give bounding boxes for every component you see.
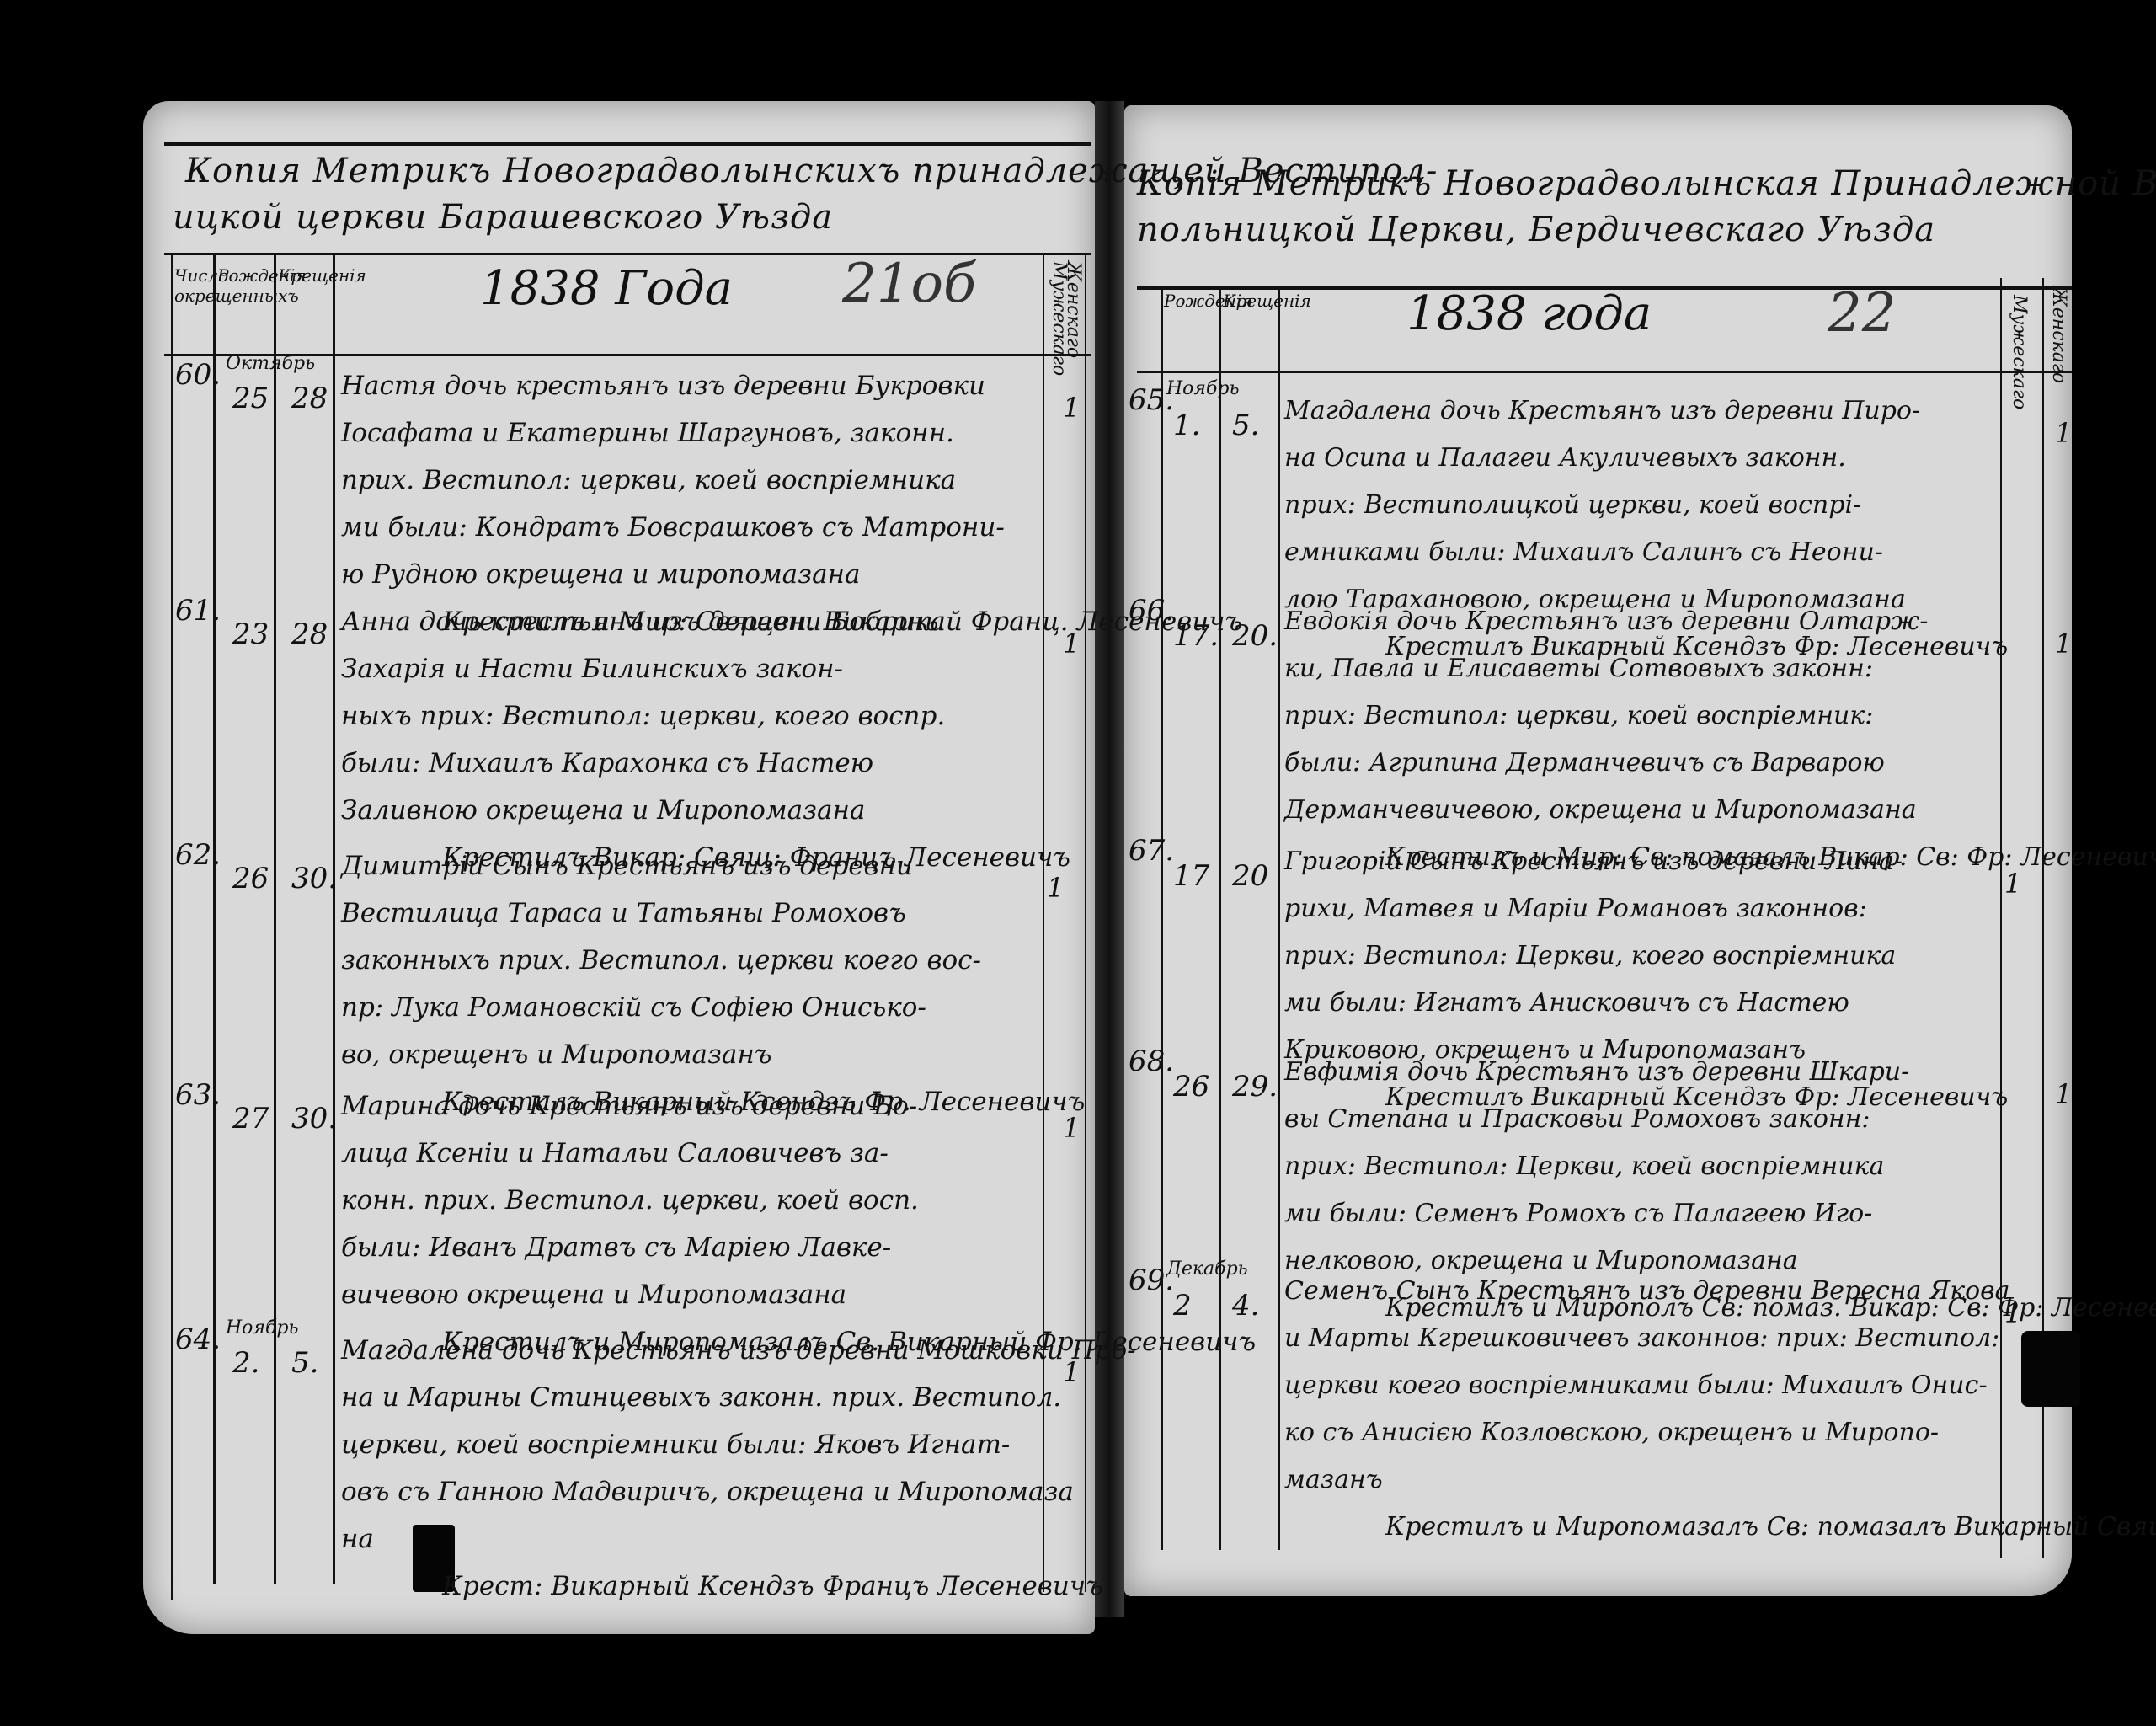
col-header-female: Женскаго [2048,286,2069,383]
birth-day: 23 [232,617,269,651]
col-header-born: Рожденія [217,265,273,286]
entry-line: Дерманчевичевою, окрещена и Миропомазана [1284,787,2000,834]
entry-number: 60. [175,358,221,392]
entry-month: Ноябрь [1166,378,1240,399]
baptism-day: 5. [1232,409,1259,442]
birth-day: 17 [1173,859,1209,893]
female-count: 1 [2055,1078,2072,1110]
entry-line: Марина дочь Крестьянъ изъ деревни Бо- [341,1082,1040,1130]
right-col-rule [1278,286,1280,1550]
left-folio-number: 21об [842,253,976,315]
baptism-day: 4. [1232,1289,1259,1323]
left-col-rule [333,253,335,1584]
entry-line: на [341,1515,1040,1563]
baptism-day: 29. [1232,1070,1278,1103]
entry-month: Декабрь [1166,1258,1248,1280]
entry-line: овъ съ Ганною Мадвиричъ, окрещена и Миро… [341,1468,1040,1515]
entry-line: были: Агрипина Дерманчевичъ съ Варварою [1284,740,2000,787]
entry-number: 62. [175,838,221,872]
entry-month: Ноябрь [226,1317,299,1339]
female-count: 1 [1063,1112,1080,1144]
entry-number: 66. [1129,594,1174,628]
right-header-line-2: польницкой Церкви, Бердичевскаго Уѣзда [1137,211,1935,249]
entry-line: ныхъ прих: Вестипол: церкви, коего воспр… [341,692,1040,740]
entry-line: ми были: Кондратъ Бовсрашковъ съ Матрони… [341,504,1040,551]
entry-line: прих: Вестипол: церкви, коей воспріемник… [1284,692,2000,740]
entry-line: Евфимія дочь Крестьянъ изъ деревни Шкари… [1284,1049,2000,1096]
entry-line: Семенъ Сынъ Крестьянъ изъ деревни Вересн… [1284,1268,2000,1315]
right-col-rule [1219,286,1221,1550]
birth-day: 26 [232,862,269,895]
entry-line: на и Марины Стинцевыхъ законн. прих. Вес… [341,1374,1040,1421]
entry-line: ко съ Анисією Козловскою, окрещенъ и Мир… [1284,1409,2000,1456]
entry-text: Анна дочь крестьянъ изъ деревни БобрикаЗ… [341,598,1040,881]
right-folio-number: 22 [1828,282,1896,345]
entry-line: законныхъ прих. Вестипол. церкви коего в… [341,937,1040,984]
entry-number: 64. [175,1323,221,1356]
baptism-day: 5. [291,1346,318,1380]
left-year-heading: 1838 Года [480,261,733,316]
birth-day: 2 [1173,1289,1192,1323]
entry-line: Анна дочь крестьянъ изъ деревни Бобрика [341,598,1040,645]
entry-line: рихи, Матвея и Маріи Романовъ законнов: [1284,885,2000,932]
entry-month: Октябрь [226,353,315,374]
entry-line: конн. прих. Вестипол. церкви, коей восп. [341,1177,1040,1224]
entry-text: Марина дочь Крестьянъ изъ деревни Бо-лиц… [341,1082,1040,1365]
right-header-line-1: Копія Метрикъ Новоградволынская Принадле… [1137,164,2156,203]
entry-line: мазанъ [1284,1456,2000,1504]
col-header-baptized: Крещенія [278,265,332,286]
entry-number: 61. [175,594,221,628]
right-year-heading: 1838 года [1406,286,1652,341]
entry-line: вы Степана и Прасковьи Ромоховъ законн: [1284,1096,2000,1143]
entry-line: прих: Вестипол: Церкви, коей воспріемник… [1284,1143,2000,1190]
entry-line: емниками были: Михаилъ Салинъ съ Неони- [1284,529,2000,576]
col-header-born: Рожденія [1164,291,1218,311]
entry-line: Димитрій Сынъ Крестьянъ изъ деревни [341,842,1040,890]
birth-day: 17. [1173,619,1219,653]
entry-line: лица Ксеніи и Натальи Саловичевъ за- [341,1130,1040,1177]
entry-line: и Марты Кгрешковичевъ законнов: прих: Ве… [1284,1315,2000,1362]
entry-line: были: Иванъ Дратвъ съ Маріею Лавке- [341,1224,1040,1271]
male-count: 1 [2004,868,2021,900]
entry-line: ки, Павла и Елисаветы Сотвовыхъ законн: [1284,645,2000,692]
birth-day: 27 [232,1102,269,1136]
entry-number: 63. [175,1078,221,1112]
entry-line: на Осипа и Палагеи Акуличевыхъ законн. [1284,435,2000,482]
entry-number: 67. [1129,834,1174,868]
entry-line: прих: Вестиполицкой церкви, коей воспрі- [1284,482,2000,529]
baptism-day: 30. [291,1102,337,1136]
baptism-day: 20. [1232,619,1278,653]
baptism-day: 28 [291,617,328,651]
entry-line: Іосафата и Екатерины Шаргуновъ, законн. [341,409,1040,457]
male-count: 1 [1047,872,1064,904]
entry-line: во, окрещенъ и Миропомазанъ [341,1031,1040,1078]
entry-line: ми были: Игнатъ Анисковичъ съ Настею [1284,980,2000,1027]
left-col-rule [171,253,173,1600]
col-header-male: Мужескаго [2009,295,2030,409]
right-col-rule [2000,278,2002,1558]
officiant-line: Крест: Викарный Ксендзъ Францъ Лесеневич… [341,1563,1040,1610]
entry-line: вичевою окрещена и Миропомазана [341,1271,1040,1318]
entry-line: ми были: Семенъ Ромохъ съ Палагеею Иго- [1284,1190,2000,1237]
female-count: 1 [1063,628,1080,660]
female-count: 1 [2055,417,2072,449]
entry-line: Магдалена дочь Крестьянъ изъ деревни Пир… [1284,387,2000,435]
entry-line: церкви коего воспріемниками были: Михаил… [1284,1362,2000,1409]
entry-line: Вестилица Тараса и Татьяны Ромоховъ [341,890,1040,937]
entry-line: Евдокія дочь Крестьянъ изъ деревни Олтар… [1284,598,2000,645]
entry-line: церкви, коей воспріемники были: Яковъ Иг… [341,1421,1040,1468]
left-col-rule [1085,253,1086,1592]
baptism-day: 30. [291,862,337,895]
book-tab [2021,1331,2080,1407]
entry-line: прих: Вестипол: Церкви, коего воспріемни… [1284,932,2000,980]
male-count: 1 [2004,1297,2021,1329]
col-header-number: Число окрещенныхъ [174,265,213,306]
officiant-line: Крестилъ и Миропомазалъ Св: помазалъ Вик… [1284,1504,2000,1551]
entry-line: Магдалена дочь Крестьянъ изъ деревни Мош… [341,1327,1040,1374]
entry-line: Заливною окрещена и Миропомазана [341,787,1040,834]
left-header-line-2: ицкой церкви Барашевского Уѣзда [173,198,833,237]
entry-line: прих. Вестипол: церкви, коей воспріемник… [341,457,1040,504]
entry-number: 68. [1129,1045,1174,1078]
female-count: 1 [1063,1356,1080,1388]
book-gutter [1095,101,1124,1617]
entry-line: пр: Лука Романовскій съ Софіею Онисько- [341,984,1040,1031]
left-col-rule [213,253,216,1584]
entry-line: ю Рудною окрещена и миропомазана [341,551,1040,598]
baptism-day: 28 [291,382,328,415]
right-col-rule [1161,286,1163,1550]
left-col-rule [274,253,276,1584]
female-count: 1 [2055,628,2072,660]
entry-line: Захарія и Насти Билинскихъ закон- [341,645,1040,692]
entry-line: Григорій Сынъ Крестьянъ изъ деревни Лина… [1284,838,2000,885]
col-header-female: Женскаго [1063,261,1084,358]
birth-day: 25 [232,382,269,415]
baptism-day: 20 [1232,859,1268,893]
left-top-rule [164,142,1091,146]
birth-day: 26 [1173,1070,1209,1103]
birth-day: 1. [1173,409,1200,442]
col-header-baptized: Крещенія [1223,291,1277,311]
entry-text: Семенъ Сынъ Крестьянъ изъ деревни Вересн… [1284,1268,2000,1551]
birth-day: 2. [232,1346,259,1380]
entry-text: Магдалена дочь Крестьянъ изъ деревни Мош… [341,1327,1040,1610]
entry-line: были: Михаилъ Карахонка съ Настею [341,740,1040,787]
female-count: 1 [1063,392,1080,424]
entry-line: Настя дочь крестьянъ изъ деревни Букровк… [341,362,1040,409]
